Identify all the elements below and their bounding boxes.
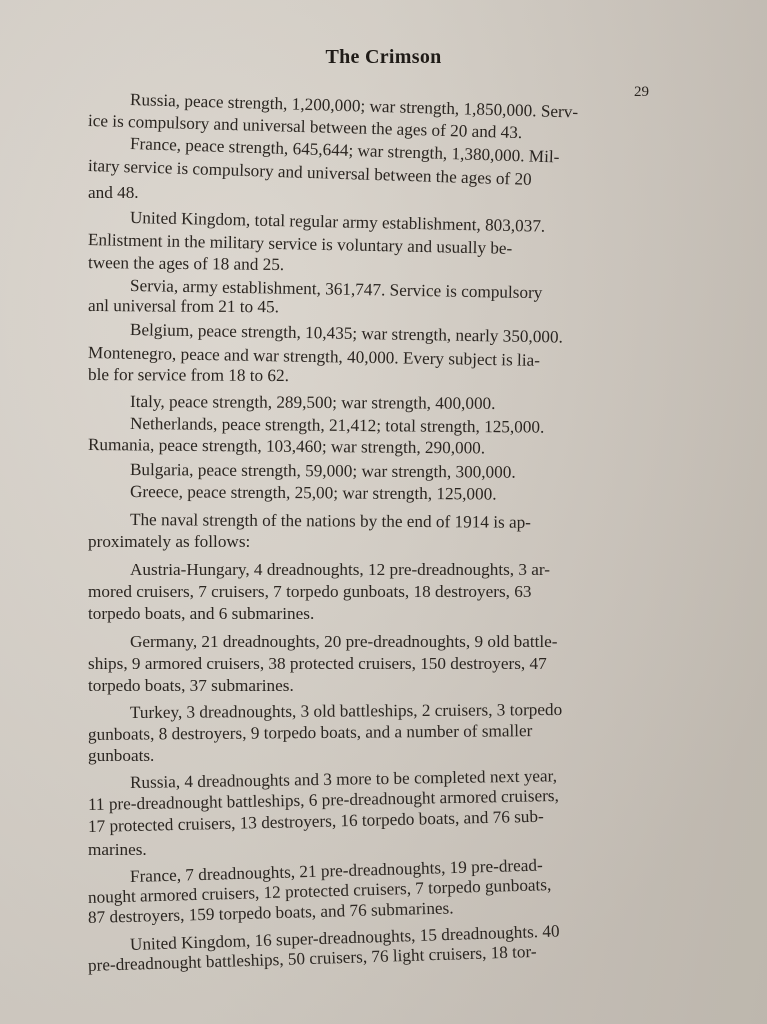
text-line: marines. <box>88 840 147 860</box>
text-line: proximately as follows: <box>88 532 250 552</box>
text-line: ships, 9 armored cruisers, 38 protected … <box>88 654 547 674</box>
text-line: torpedo boats, 37 submarines. <box>88 676 294 696</box>
text-line: Germany, 21 dreadnoughts, 20 pre-dreadno… <box>130 632 558 652</box>
text-line: gunboats. <box>88 746 154 766</box>
text-line: The naval strength of the nations by the… <box>130 510 531 533</box>
running-head: The Crimson <box>0 46 767 69</box>
text-line: Belgium, peace strength, 10,435; war str… <box>130 320 563 348</box>
text-line: Netherlands, peace strength, 21,412; tot… <box>130 414 544 438</box>
text-line: Greece, peace strength, 25,00; war stren… <box>130 482 497 505</box>
text-line: ble for service from 18 to 62. <box>88 365 289 386</box>
text-line: Rumania, peace strength, 103,460; war st… <box>88 435 485 458</box>
text-line: torpedo boats, and 6 submarines. <box>88 604 314 624</box>
text-line: Turkey, 3 dreadnoughts, 3 old battleship… <box>130 700 562 723</box>
text-line: tween the ages of 18 and 25. <box>88 253 284 275</box>
text-line: Italy, peace strength, 289,500; war stre… <box>130 392 496 414</box>
text-line: Austria-Hungary, 4 dreadnoughts, 12 pre-… <box>130 560 550 580</box>
page-number: 29 <box>634 84 649 101</box>
text-line: mored cruisers, 7 cruisers, 7 torpedo gu… <box>88 582 531 602</box>
text-line: Bulgaria, peace strength, 59,000; war st… <box>130 460 516 483</box>
text-line: gunboats, 8 destroyers, 9 torpedo boats,… <box>88 721 533 745</box>
text-line: anl universal from 21 to 45. <box>88 296 279 317</box>
text-line: and 48. <box>88 183 139 203</box>
